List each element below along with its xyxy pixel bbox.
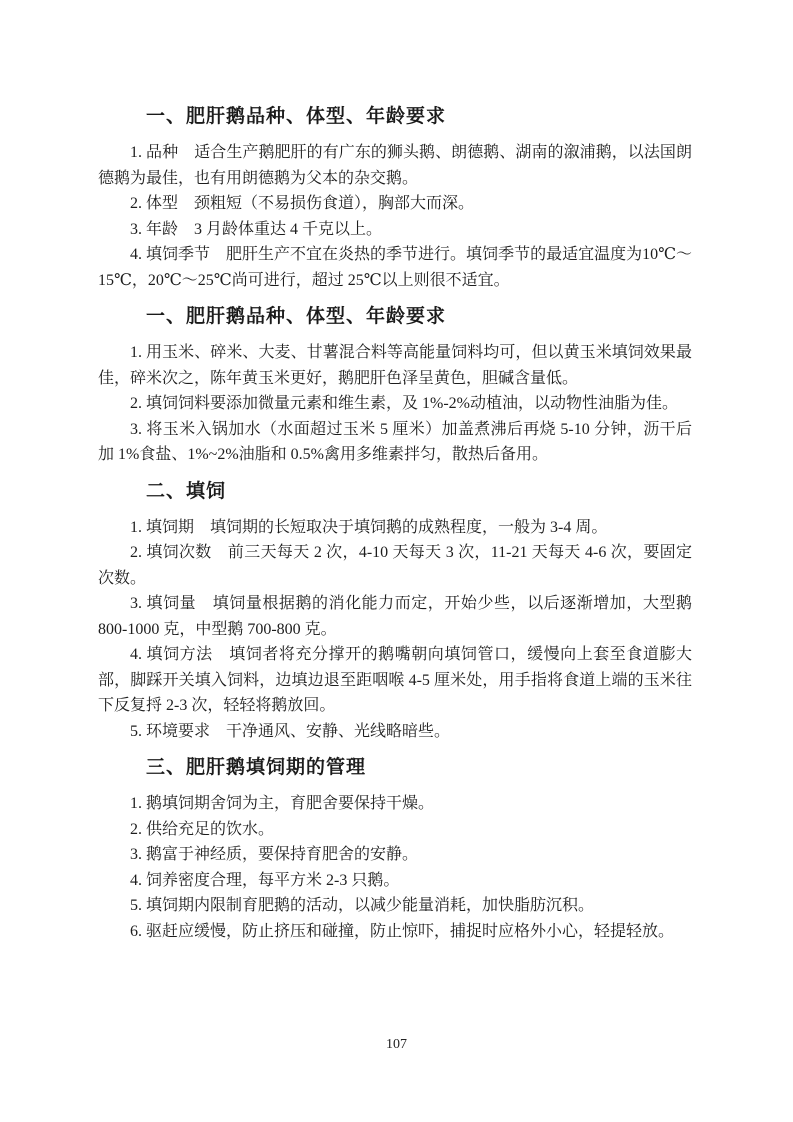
- document-body: 一、肥肝鹅品种、体型、年龄要求 1. 品种 适合生产鹅肥肝的有广东的狮头鹅、朗德…: [98, 104, 692, 944]
- paragraph: 2. 体型 颈粗短（不易损伤食道），胸部大而深。: [98, 191, 692, 217]
- paragraph: 2. 填饲饲料要添加微量元素和维生素，及 1%-2%动植油，以动物性油脂为佳。: [98, 391, 692, 417]
- paragraph: 3. 鹅富于神经质，要保持育肥舍的安静。: [98, 842, 692, 868]
- page-number: 107: [0, 1036, 793, 1054]
- document-page: 一、肥肝鹅品种、体型、年龄要求 1. 品种 适合生产鹅肥肝的有广东的狮头鹅、朗德…: [0, 0, 793, 1122]
- paragraph: 1. 鹅填饲期舍饲为主，育肥舍要保持干燥。: [98, 791, 692, 817]
- document-section: 一、肥肝鹅品种、体型、年龄要求 1. 品种 适合生产鹅肥肝的有广东的狮头鹅、朗德…: [98, 104, 692, 293]
- paragraph: 5. 填饲期内限制育肥鹅的活动，以减少能量消耗，加快脂肪沉积。: [98, 893, 692, 919]
- paragraph: 2. 供给充足的饮水。: [98, 817, 692, 843]
- paragraph: 3. 年龄 3 月龄体重达 4 千克以上。: [98, 217, 692, 243]
- paragraph: 1. 品种 适合生产鹅肥肝的有广东的狮头鹅、朗德鹅、湖南的溆浦鹅，以法国朗德鹅为…: [98, 140, 692, 191]
- paragraph: 5. 环境要求 干净通风、安静、光线略暗些。: [98, 719, 692, 745]
- paragraph: 3. 填饲量 填饲量根据鹅的消化能力而定，开始少些，以后逐渐增加，大型鹅 800…: [98, 591, 692, 642]
- paragraph: 1. 填饲期 填饲期的长短取决于填饲鹅的成熟程度，一般为 3-4 周。: [98, 515, 692, 541]
- paragraph: 3. 将玉米入锅加水（水面超过玉米 5 厘米）加盖煮沸后再烧 5-10 分钟，沥…: [98, 417, 692, 468]
- paragraph: 6. 驱赶应缓慢，防止挤压和碰撞，防止惊吓，捕捉时应格外小心，轻提轻放。: [98, 919, 692, 945]
- paragraph: 2. 填饲次数 前三天每天 2 次，4-10 天每天 3 次，11-21 天每天…: [98, 540, 692, 591]
- paragraph: 4. 填饲季节 肥肝生产不宜在炎热的季节进行。填饲季节的最适宜温度为10℃～15…: [98, 242, 692, 293]
- document-section: 三、肥肝鹅填饲期的管理 1. 鹅填饲期舍饲为主，育肥舍要保持干燥。2. 供给充足…: [98, 755, 692, 944]
- paragraph: 1. 用玉米、碎米、大麦、甘薯混合料等高能量饲料均可，但以黄玉米填饲效果最佳，碎…: [98, 340, 692, 391]
- section-heading: 三、肥肝鹅填饲期的管理: [98, 755, 692, 781]
- section-heading: 二、填饲: [98, 479, 692, 505]
- document-section: 一、肥肝鹅品种、体型、年龄要求 1. 用玉米、碎米、大麦、甘薯混合料等高能量饲料…: [98, 304, 692, 468]
- paragraph: 4. 填饲方法 填饲者将充分撑开的鹅嘴朝向填饲管口，缓慢向上套至食道膨大部，脚踩…: [98, 642, 692, 719]
- section-heading: 一、肥肝鹅品种、体型、年龄要求: [98, 104, 692, 130]
- section-heading: 一、肥肝鹅品种、体型、年龄要求: [98, 304, 692, 330]
- paragraph: 4. 饲养密度合理，每平方米 2-3 只鹅。: [98, 868, 692, 894]
- document-section: 二、填饲 1. 填饲期 填饲期的长短取决于填饲鹅的成熟程度，一般为 3-4 周。…: [98, 479, 692, 745]
